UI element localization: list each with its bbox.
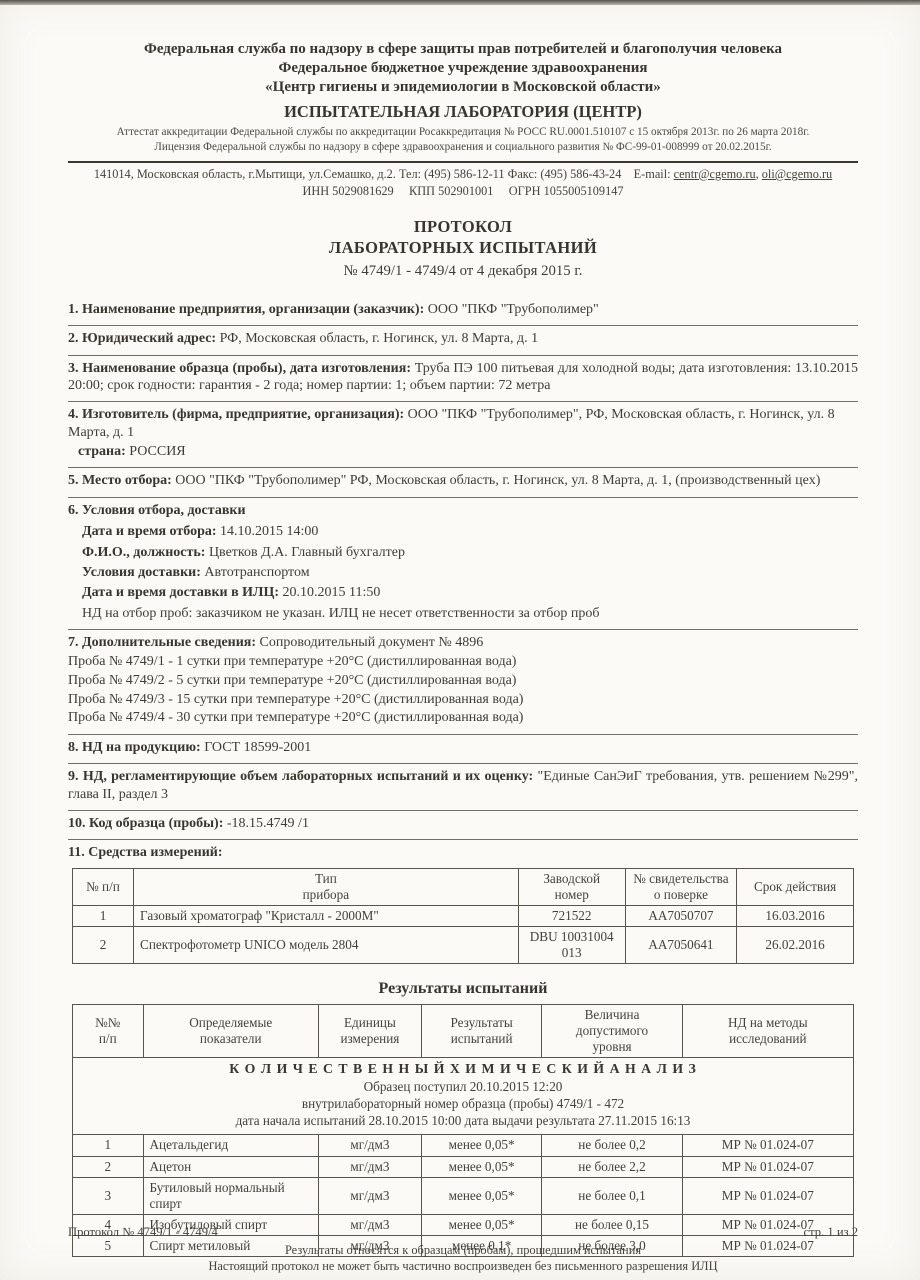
- license-line: Лицензия Федеральной службы по надзору в…: [68, 140, 858, 155]
- section-value: ГОСТ 18599-2001: [204, 740, 311, 755]
- cell-num: 1: [73, 905, 134, 926]
- section-label: 5. Место отбора:: [68, 473, 172, 488]
- cell-parameter: Ацетон: [143, 1156, 318, 1177]
- protocol-number-and-date: № 4749/1 - 4749/4 от 4 декабря 2015 г.: [68, 262, 858, 281]
- row-label: Дата и время отбора:: [82, 524, 217, 539]
- delivery-datetime-row: Дата и время доставки в ИЛЦ: 20.10.2015 …: [82, 584, 858, 601]
- title-line-2: ЛАБОРАТОРНЫХ ИСПЫТАНИЙ: [68, 237, 858, 258]
- sample-condition-line: Проба № 4749/2 - 5 сутки при температуре…: [68, 672, 858, 689]
- section-regulating-documents: 9. НД, регламентирующие объем лабораторн…: [68, 764, 858, 811]
- cell-device-type: Спектрофотометр UNICO модель 2804: [134, 926, 519, 963]
- sample-condition-line: Проба № 4749/1 - 1 сутки при температуре…: [68, 653, 858, 670]
- cell-certificate: АА7050707: [625, 905, 736, 926]
- section-label: 8. НД на продукцию:: [68, 740, 201, 755]
- cell-allowed-level: не более 0,2: [542, 1135, 682, 1156]
- address-line: 141014, Московская область, г.Мытищи, ул…: [68, 166, 858, 183]
- sections-list: 1. Наименование предприятия, организации…: [68, 297, 858, 971]
- kpp-number: КПП 502901001: [409, 184, 493, 198]
- footer-protocol-row: Протокол № 4749/1 - 4749/4 стр. 1 из 2: [68, 1225, 858, 1240]
- sample-condition-line: Проба № 4749/3 - 15 сутки при температур…: [68, 691, 858, 708]
- cell-units: мг/дм3: [318, 1177, 421, 1214]
- laboratory-name: ИСПЫТАТЕЛЬНАЯ ЛАБОРАТОРИЯ (ЦЕНТР): [68, 101, 858, 122]
- org-name-line-2: Федеральное бюджетное учреждение здравоо…: [68, 59, 858, 78]
- col-header-units: Единицы измерения: [318, 1005, 421, 1058]
- section-sampling-place: 5. Место отбора: ООО "ПКФ "Трубополимер"…: [68, 468, 858, 497]
- col-header-parameter: Определяемые показатели: [143, 1005, 318, 1058]
- org-name-line-3: «Центр гигиены и эпидемиологии в Московс…: [68, 78, 858, 97]
- cell-method: МР № 01.024-07: [682, 1156, 853, 1177]
- scan-edge-artifact: [0, 0, 920, 5]
- footer-page-number: стр. 1 из 2: [804, 1225, 858, 1240]
- cell-valid-until: 26.02.2016: [737, 926, 854, 963]
- col-header-certificate: № свидетельства о поверке: [625, 868, 736, 905]
- section-label: 3. Наименование образца (пробы), дата из…: [68, 361, 411, 376]
- cell-num: 3: [73, 1177, 144, 1214]
- row-label: Дата и время доставки в ИЛЦ:: [82, 585, 279, 600]
- address-block: 141014, Московская область, г.Мытищи, ул…: [68, 161, 858, 200]
- results-header-row: №№ п/п Определяемые показатели Единицы и…: [73, 1005, 854, 1058]
- col-header-valid-until: Срок действия: [737, 868, 854, 905]
- section-value: ООО "ПКФ "Трубополимер" РФ, Московская о…: [175, 473, 820, 488]
- cell-result: менее 0,05*: [421, 1135, 542, 1156]
- accreditation-block: Аттестат аккредитации Федеральной службы…: [68, 125, 858, 156]
- section-label: 2. Юридический адрес:: [68, 331, 216, 346]
- section-label: 4. Изготовитель (фирма, предприятие, орг…: [68, 407, 404, 422]
- internal-sample-number-line: внутрилабораторный номер образца (пробы)…: [77, 1096, 849, 1112]
- instrument-row: 1 Газовый хроматограф "Кристалл - 2000М"…: [73, 905, 854, 926]
- row-value: 14.10.2015 14:00: [220, 524, 318, 539]
- instruments-header-row: № п/п Тип прибора Заводской номер № свид…: [73, 868, 854, 905]
- row-value: Цветков Д.А. Главный бухгалтер: [209, 545, 405, 560]
- cell-device-type: Газовый хроматограф "Кристалл - 2000М": [134, 905, 519, 926]
- cell-parameter: Ацетальдегид: [143, 1135, 318, 1156]
- delivery-conditions-row: Условия доставки: Автотранспортом: [82, 564, 858, 581]
- results-table: №№ п/п Определяемые показатели Единицы и…: [72, 1004, 854, 1257]
- section-label: 11. Средства измерений:: [68, 844, 858, 861]
- row-label: Условия доставки:: [82, 565, 201, 580]
- footer-notes: Результаты относятся к образцам (пробам)…: [68, 1243, 858, 1274]
- cell-units: мг/дм3: [318, 1156, 421, 1177]
- col-header-serial: Заводской номер: [518, 868, 625, 905]
- instruments-table: № п/п Тип прибора Заводской номер № свид…: [72, 868, 854, 964]
- section-value: ООО "ПКФ "Трубополимер": [428, 302, 599, 317]
- cell-certificate: АА7050641: [625, 926, 736, 963]
- ogrn-number: ОГРН 1055005109147: [509, 184, 624, 198]
- email-link-centr[interactable]: centr@cgemo.ru: [674, 167, 756, 181]
- protocol-title: ПРОТОКОЛ ЛАБОРАТОРНЫХ ИСПЫТАНИЙ № 4749/1…: [68, 216, 858, 281]
- section-additional-info: 7. Дополнительные сведения: Сопроводител…: [68, 630, 858, 735]
- scanned-protocol-page: Федеральная служба по надзору в сфере за…: [0, 0, 920, 1280]
- cell-parameter: Бутиловый нормальный спирт: [143, 1177, 318, 1214]
- results-heading: Результаты испытаний: [68, 980, 858, 998]
- sample-received-line: Образец поступил 20.10.2015 12:20: [77, 1079, 849, 1095]
- section-label: 7. Дополнительные сведения:: [68, 635, 256, 650]
- registration-numbers-line: ИНН 5029081629 КПП 502901001 ОГРН 105500…: [68, 183, 858, 200]
- section-sample-code: 10. Код образца (пробы): -18.15.4749 /1: [68, 811, 858, 840]
- cell-num: 2: [73, 926, 134, 963]
- email-link-oli[interactable]: oli@cgemo.ru: [762, 167, 832, 181]
- cell-method: МР № 01.024-07: [682, 1135, 853, 1156]
- cell-result: менее 0,05*: [421, 1156, 542, 1177]
- section-value: Сопроводительный документ № 4896: [260, 635, 484, 650]
- section-label: 1. Наименование предприятия, организации…: [68, 302, 424, 317]
- section-label: 10. Код образца (пробы):: [68, 816, 223, 831]
- country-line: страна: РОССИЯ: [78, 443, 858, 460]
- col-header-num: № п/п: [73, 868, 134, 905]
- cell-valid-until: 16.03.2016: [737, 905, 854, 926]
- title-line-1: ПРОТОКОЛ: [68, 216, 858, 237]
- letterhead: Федеральная служба по надзору в сфере за…: [68, 40, 858, 200]
- cell-units: мг/дм3: [318, 1135, 421, 1156]
- col-header-method: НД на методы исследований: [682, 1005, 853, 1058]
- country-label: страна:: [78, 444, 126, 459]
- cell-allowed-level: не более 2,2: [542, 1156, 682, 1177]
- cell-serial: DBU 10031004 013: [518, 926, 625, 963]
- footer-note-2: Настоящий протокол не может быть частичн…: [68, 1259, 858, 1275]
- section-sample-name: 3. Наименование образца (пробы), дата из…: [68, 356, 858, 403]
- section-label: 6. Условия отбора, доставки: [68, 502, 858, 519]
- section-customer: 1. Наименование предприятия, организации…: [68, 297, 858, 326]
- cell-num: 2: [73, 1156, 144, 1177]
- results-subheader-row: К О Л И Ч Е С Т В Е Н Н Ы Й Х И М И Ч Е …: [73, 1058, 854, 1135]
- col-header-allowed-level: Величина допустимого уровня: [542, 1005, 682, 1058]
- section-manufacturer: 4. Изготовитель (фирма, предприятие, орг…: [68, 402, 858, 468]
- sampler-name-row: Ф.И.О., должность: Цветков Д.А. Главный …: [82, 544, 858, 561]
- additional-info-heading: 7. Дополнительные сведения: Сопроводител…: [68, 634, 858, 651]
- analysis-type-label: К О Л И Ч Е С Т В Е Н Н Ы Й Х И М И Ч Е …: [77, 1061, 849, 1078]
- country-value: РОССИЯ: [129, 444, 185, 459]
- instrument-row: 2 Спектрофотометр UNICO модель 2804 DBU …: [73, 926, 854, 963]
- postal-address: 141014, Московская область, г.Мытищи, ул…: [94, 167, 622, 181]
- row-label: Ф.И.О., должность:: [82, 545, 205, 560]
- email-label: E-mail:: [634, 167, 671, 181]
- manufacturer-line: 4. Изготовитель (фирма, предприятие, орг…: [68, 406, 858, 441]
- section-product-standard: 8. НД на продукцию: ГОСТ 18599-2001: [68, 735, 858, 764]
- footer-note-1: Результаты относятся к образцам (пробам)…: [68, 1243, 858, 1259]
- section-measuring-instruments: 11. Средства измерений: № п/п Тип прибор…: [68, 840, 858, 971]
- row-value: 20.10.2015 11:50: [283, 585, 381, 600]
- page-footer: Протокол № 4749/1 - 4749/4 стр. 1 из 2 Р…: [68, 1225, 858, 1274]
- section-value: РФ, Московская область, г. Ногинск, ул. …: [220, 331, 539, 346]
- sampling-datetime-row: Дата и время отбора: 14.10.2015 14:00: [82, 523, 858, 540]
- accreditation-line: Аттестат аккредитации Федеральной службы…: [68, 125, 858, 140]
- row-value: Автотранспортом: [204, 565, 309, 580]
- result-row: 2 Ацетон мг/дм3 менее 0,05* не более 2,2…: [73, 1156, 854, 1177]
- cell-allowed-level: не более 0,1: [542, 1177, 682, 1214]
- result-row: 3 Бутиловый нормальный спирт мг/дм3 мене…: [73, 1177, 854, 1214]
- cell-result: менее 0,05*: [421, 1177, 542, 1214]
- inn-number: ИНН 5029081629: [302, 184, 393, 198]
- nd-sampling-note: НД на отбор проб: заказчиком не указан. …: [82, 605, 858, 622]
- footer-protocol-number: Протокол № 4749/1 - 4749/4: [68, 1225, 218, 1240]
- result-row: 1 Ацетальдегид мг/дм3 менее 0,05* не бол…: [73, 1135, 854, 1156]
- test-dates-line: дата начала испытаний 28.10.2015 10:00 д…: [77, 1113, 849, 1129]
- section-value: -18.15.4749 /1: [227, 816, 309, 831]
- col-header-num: №№ п/п: [73, 1005, 144, 1058]
- sample-condition-line: Проба № 4749/4 - 30 сутки при температур…: [68, 709, 858, 726]
- document-content: Федеральная служба по надзору в сфере за…: [0, 0, 920, 1257]
- section-label: 9. НД, регламентирующие объем лабораторн…: [68, 769, 533, 784]
- section-legal-address: 2. Юридический адрес: РФ, Московская обл…: [68, 326, 858, 355]
- cell-method: МР № 01.024-07: [682, 1177, 853, 1214]
- cell-serial: 721522: [518, 905, 625, 926]
- section-sampling-conditions: 6. Условия отбора, доставки Дата и время…: [68, 498, 858, 630]
- col-header-device-type: Тип прибора: [134, 868, 519, 905]
- analysis-subheader: К О Л И Ч Е С Т В Е Н Н Ы Й Х И М И Ч Е …: [73, 1058, 854, 1135]
- col-header-result: Результаты испытаний: [421, 1005, 542, 1058]
- cell-num: 1: [73, 1135, 144, 1156]
- org-name-line-1: Федеральная служба по надзору в сфере за…: [68, 40, 858, 59]
